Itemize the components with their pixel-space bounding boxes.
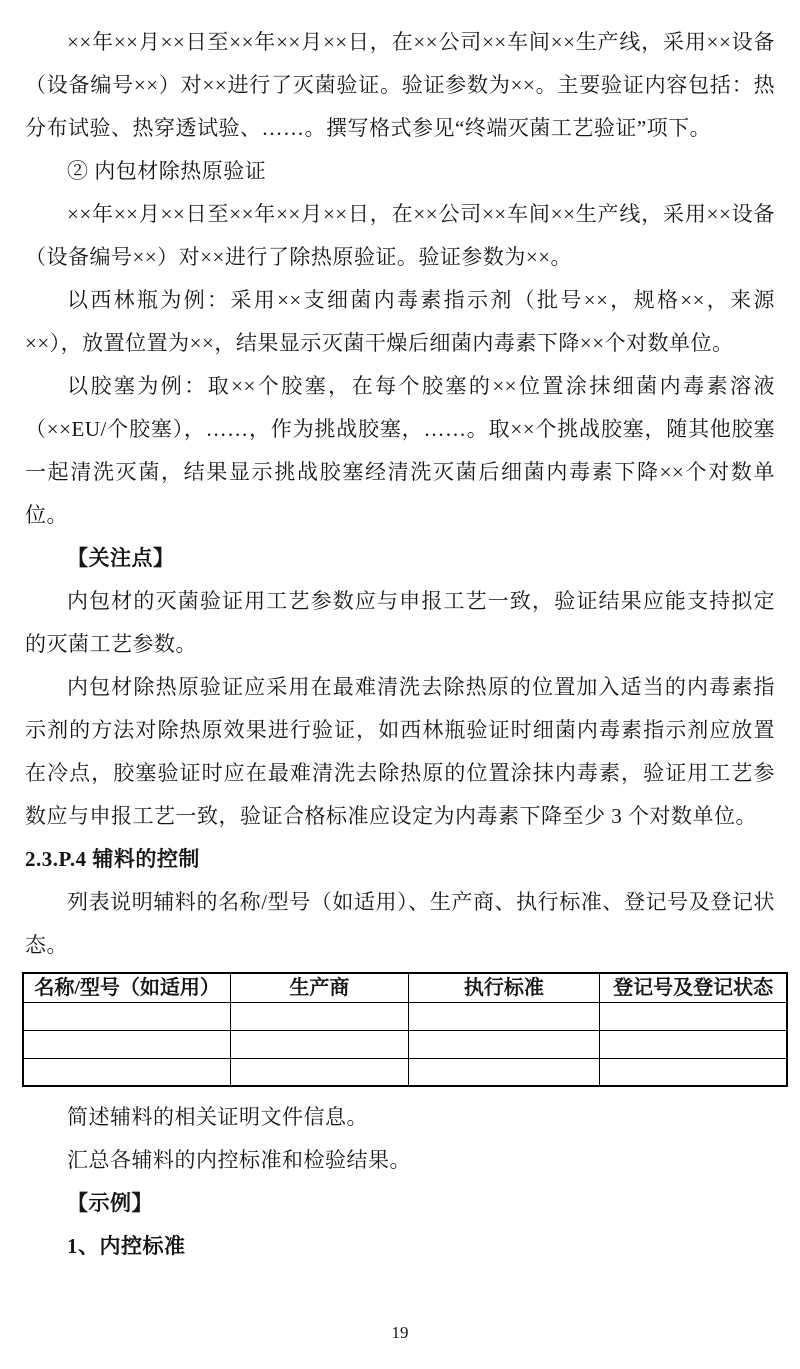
table-header-registration: 登记号及登记状态	[600, 973, 787, 1002]
excipients-table: 名称/型号（如适用） 生产商 执行标准 登记号及登记状态	[22, 972, 788, 1087]
table-cell	[23, 1002, 231, 1030]
page-number: 19	[0, 1323, 800, 1343]
table-cell	[600, 1002, 787, 1030]
table-cell	[408, 1030, 600, 1058]
table-row	[23, 1030, 787, 1058]
table-cell	[231, 1002, 408, 1030]
heading-example: 【示例】	[25, 1182, 775, 1225]
table-cell	[23, 1030, 231, 1058]
paragraph-excipients-documents: 简述辅料的相关证明文件信息。	[25, 1096, 775, 1139]
section-heading-excipients-control: 2.3.P.4 辅料的控制	[25, 838, 775, 881]
paragraph-stopper-example: 以胶塞为例：取××个胶塞，在每个胶塞的××位置涂抹细菌内毒素溶液（××EU/个胶…	[25, 365, 775, 537]
table-cell	[23, 1058, 231, 1086]
document-page: ××年××月××日至××年××月××日，在××公司××车间××生产线，采用××设…	[0, 0, 800, 1369]
table-cell	[408, 1002, 600, 1030]
excipients-table-header-row: 名称/型号（如适用） 生产商 执行标准 登记号及登记状态	[23, 973, 787, 1002]
table-header-manufacturer: 生产商	[231, 973, 408, 1002]
table-cell	[231, 1030, 408, 1058]
item-inner-packaging-depyrogenation: ② 内包材除热原验证	[25, 150, 775, 193]
paragraph-depyrogenation-validation: ××年××月××日至××年××月××日，在××公司××车间××生产线，采用××设…	[25, 193, 775, 279]
table-header-name-model: 名称/型号（如适用）	[23, 973, 231, 1002]
paragraph-depyrogenation-method: 内包材除热原验证应采用在最难清洗去除热原的位置加入适当的内毒素指示剂的方法对除热…	[25, 666, 775, 838]
document-body: ××年××月××日至××年××月××日，在××公司××车间××生产线，采用××设…	[0, 0, 800, 1268]
paragraph-excipients-standards-summary: 汇总各辅料的内控标准和检验结果。	[25, 1139, 775, 1182]
paragraph-sterilization-validation: ××年××月××日至××年××月××日，在××公司××车间××生产线，采用××设…	[25, 21, 775, 150]
paragraph-vial-example: 以西林瓶为例：采用××支细菌内毒素指示剂（批号××，规格××，来源××），放置位…	[25, 279, 775, 365]
heading-attention-points: 【关注点】	[25, 537, 775, 580]
table-row	[23, 1058, 787, 1086]
table-cell	[600, 1058, 787, 1086]
paragraph-process-params-consistency: 内包材的灭菌验证用工艺参数应与申报工艺一致，验证结果应能支持拟定的灭菌工艺参数。	[25, 580, 775, 666]
table-header-standard: 执行标准	[408, 973, 600, 1002]
paragraph-excipients-list-intro: 列表说明辅料的名称/型号（如适用）、生产商、执行标准、登记号及登记状态。	[25, 881, 775, 967]
table-cell	[408, 1058, 600, 1086]
table-cell	[600, 1030, 787, 1058]
heading-internal-control-standard: 1、内控标准	[25, 1225, 775, 1268]
table-cell	[231, 1058, 408, 1086]
table-row	[23, 1002, 787, 1030]
